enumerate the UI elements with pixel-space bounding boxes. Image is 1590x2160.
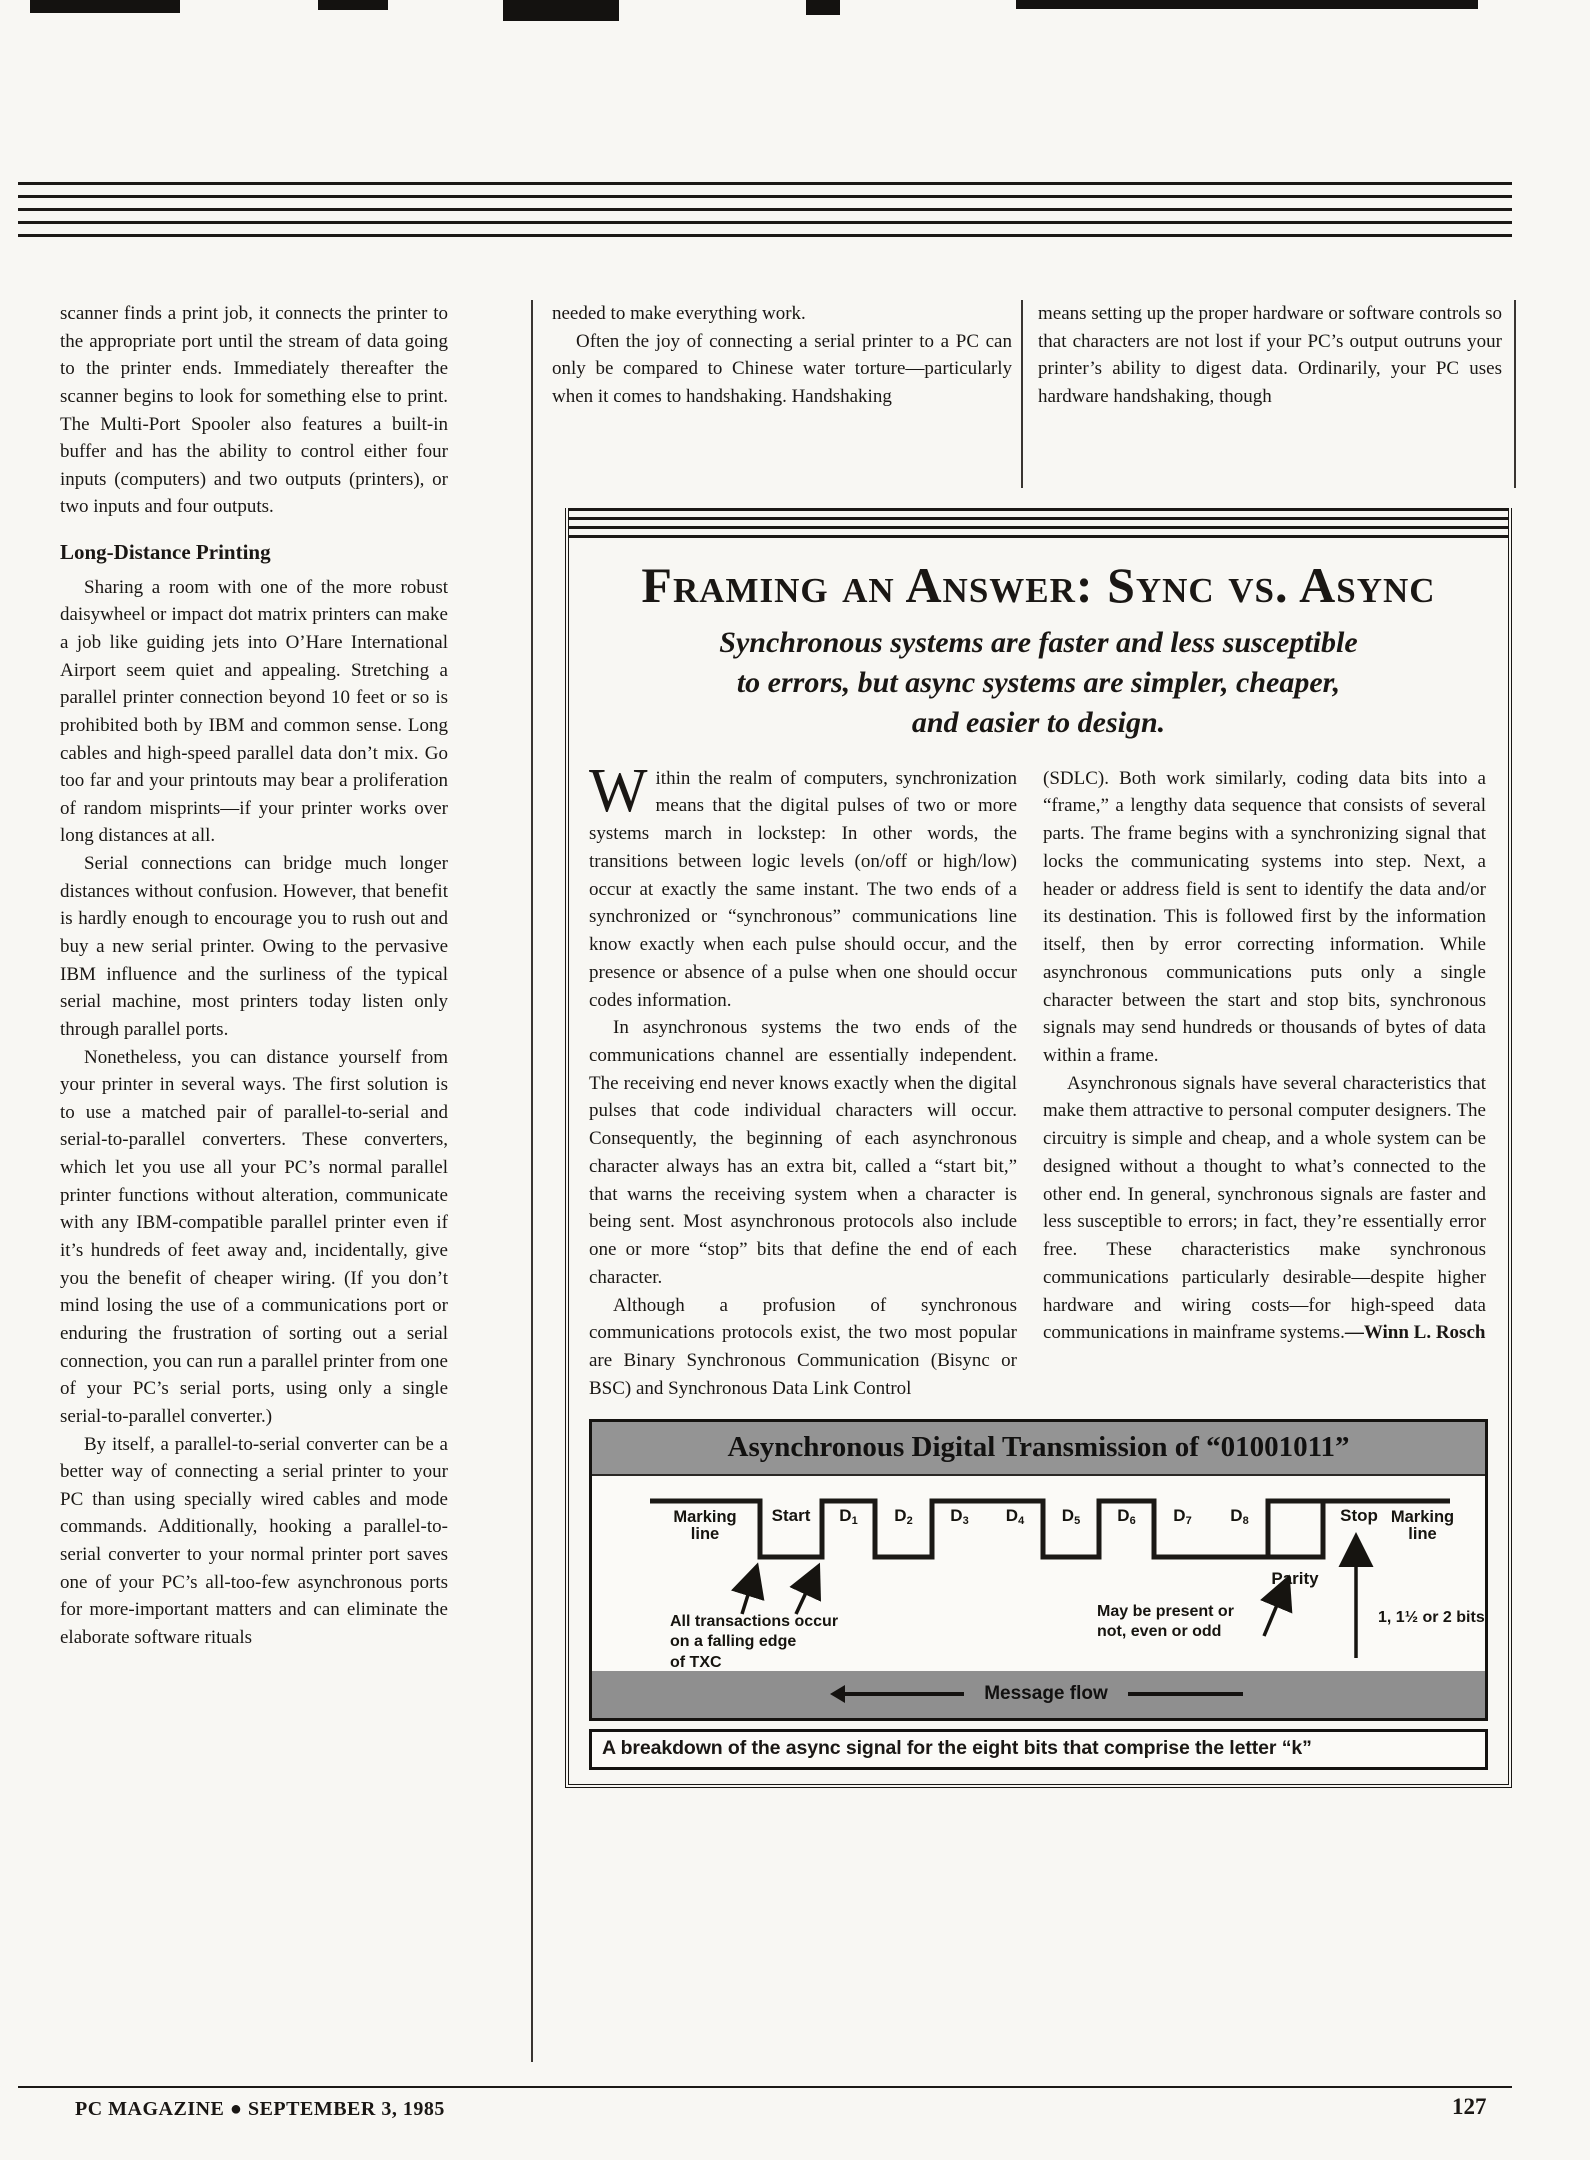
paragraph: scanner finds a print job, it connects t… — [60, 300, 448, 521]
start-edge-arrow-icon — [796, 1569, 817, 1614]
horizontal-rule — [569, 526, 1508, 529]
author-byline: —Winn L. Rosch — [1345, 1322, 1486, 1343]
start-edge-arrow-icon — [742, 1569, 756, 1614]
sidebar-box: Framing an Answer: Sync vs. Async Synchr… — [565, 508, 1512, 1788]
magazine-page: scanner finds a print job, it connects t… — [0, 0, 1590, 2160]
flow-line — [1128, 1692, 1243, 1696]
horizontal-rule — [18, 182, 1512, 185]
horizontal-rule — [18, 234, 1512, 237]
message-flow-label: Message flow — [984, 1683, 1108, 1705]
waveform-area: Marking lineStartD1D2D3D4D5D6D7D8StopMar… — [592, 1476, 1485, 1671]
subtitle-line: to errors, but async systems are simpler… — [589, 663, 1488, 703]
sidebar-column-right: (SDLC). Both work similarly, coding data… — [1043, 765, 1486, 1403]
subtitle-line: and easier to design. — [589, 703, 1488, 743]
paragraph: Asynchronous signals have several charac… — [1043, 1070, 1486, 1347]
page-number: 127 — [1452, 2094, 1487, 2120]
horizontal-rule — [569, 508, 1508, 511]
paragraph: By itself, a parallel-to-serial converte… — [60, 1431, 448, 1652]
annotation-arrows — [592, 1476, 1491, 1671]
message-flow-band: Message flow — [592, 1671, 1485, 1718]
horizontal-rule — [569, 535, 1508, 538]
paragraph: Nonetheless, you can distance yourself f… — [60, 1044, 448, 1431]
article-column-left: scanner finds a print job, it connects t… — [60, 300, 448, 1652]
sidebar-column-left: Within the realm of computers, synchroni… — [589, 765, 1017, 1403]
column-rule — [1021, 300, 1023, 488]
horizontal-rule — [569, 517, 1508, 520]
paragraph: Often the joy of connecting a serial pri… — [552, 328, 1012, 411]
paragraph: (SDLC). Both work similarly, coding data… — [1043, 765, 1486, 1070]
subtitle-line: Synchronous systems are faster and less … — [589, 623, 1488, 663]
article-column-right: means setting up the proper hardware or … — [1038, 300, 1502, 411]
diagram-caption: A breakdown of the async signal for the … — [589, 1729, 1488, 1770]
horizontal-rule — [18, 221, 1512, 224]
horizontal-rule — [18, 195, 1512, 198]
diagram-title: Asynchronous Digital Transmission of “01… — [592, 1422, 1485, 1472]
paragraph: Within the realm of computers, synchroni… — [589, 765, 1017, 1015]
left-arrow-icon — [834, 1692, 964, 1696]
column-rule — [531, 300, 533, 2062]
paragraph: In asynchronous systems the two ends of … — [589, 1014, 1017, 1291]
paragraph: needed to make everything work. — [552, 300, 1012, 328]
footer-magazine-date: PC MAGAZINE ● SEPTEMBER 3, 1985 — [75, 2098, 445, 2121]
header-rule-group — [18, 182, 1512, 247]
paragraph: Although a profusion of synchronous comm… — [589, 1292, 1017, 1403]
parity-arrow-icon — [1264, 1581, 1287, 1636]
diagram-title-bar: Asynchronous Digital Transmission of “01… — [592, 1422, 1485, 1476]
async-transmission-diagram: Asynchronous Digital Transmission of “01… — [589, 1419, 1488, 1721]
sidebar-title: Framing an Answer: Sync vs. Async — [589, 558, 1488, 613]
scan-artifact — [806, 0, 840, 15]
article-column-middle: needed to make everything work. Often th… — [552, 300, 1012, 411]
sidebar-top-rules — [569, 508, 1508, 538]
horizontal-rule — [18, 208, 1512, 211]
column-rule — [1514, 300, 1516, 488]
scan-artifact — [318, 0, 388, 10]
scan-artifact — [1016, 0, 1478, 9]
scan-artifact — [503, 0, 619, 21]
sidebar-subtitle: Synchronous systems are faster and less … — [589, 623, 1488, 743]
paragraph: Sharing a room with one of the more robu… — [60, 574, 448, 850]
section-heading: Long-Distance Printing — [60, 537, 448, 568]
footer-rule — [18, 2086, 1512, 2088]
paragraph: Serial connections can bridge much longe… — [60, 850, 448, 1043]
paragraph: means setting up the proper hardware or … — [1038, 300, 1502, 411]
drop-cap: W — [589, 765, 656, 815]
scan-artifact — [30, 0, 180, 13]
paragraph-text: Asynchronous signals have several charac… — [1043, 1073, 1486, 1344]
